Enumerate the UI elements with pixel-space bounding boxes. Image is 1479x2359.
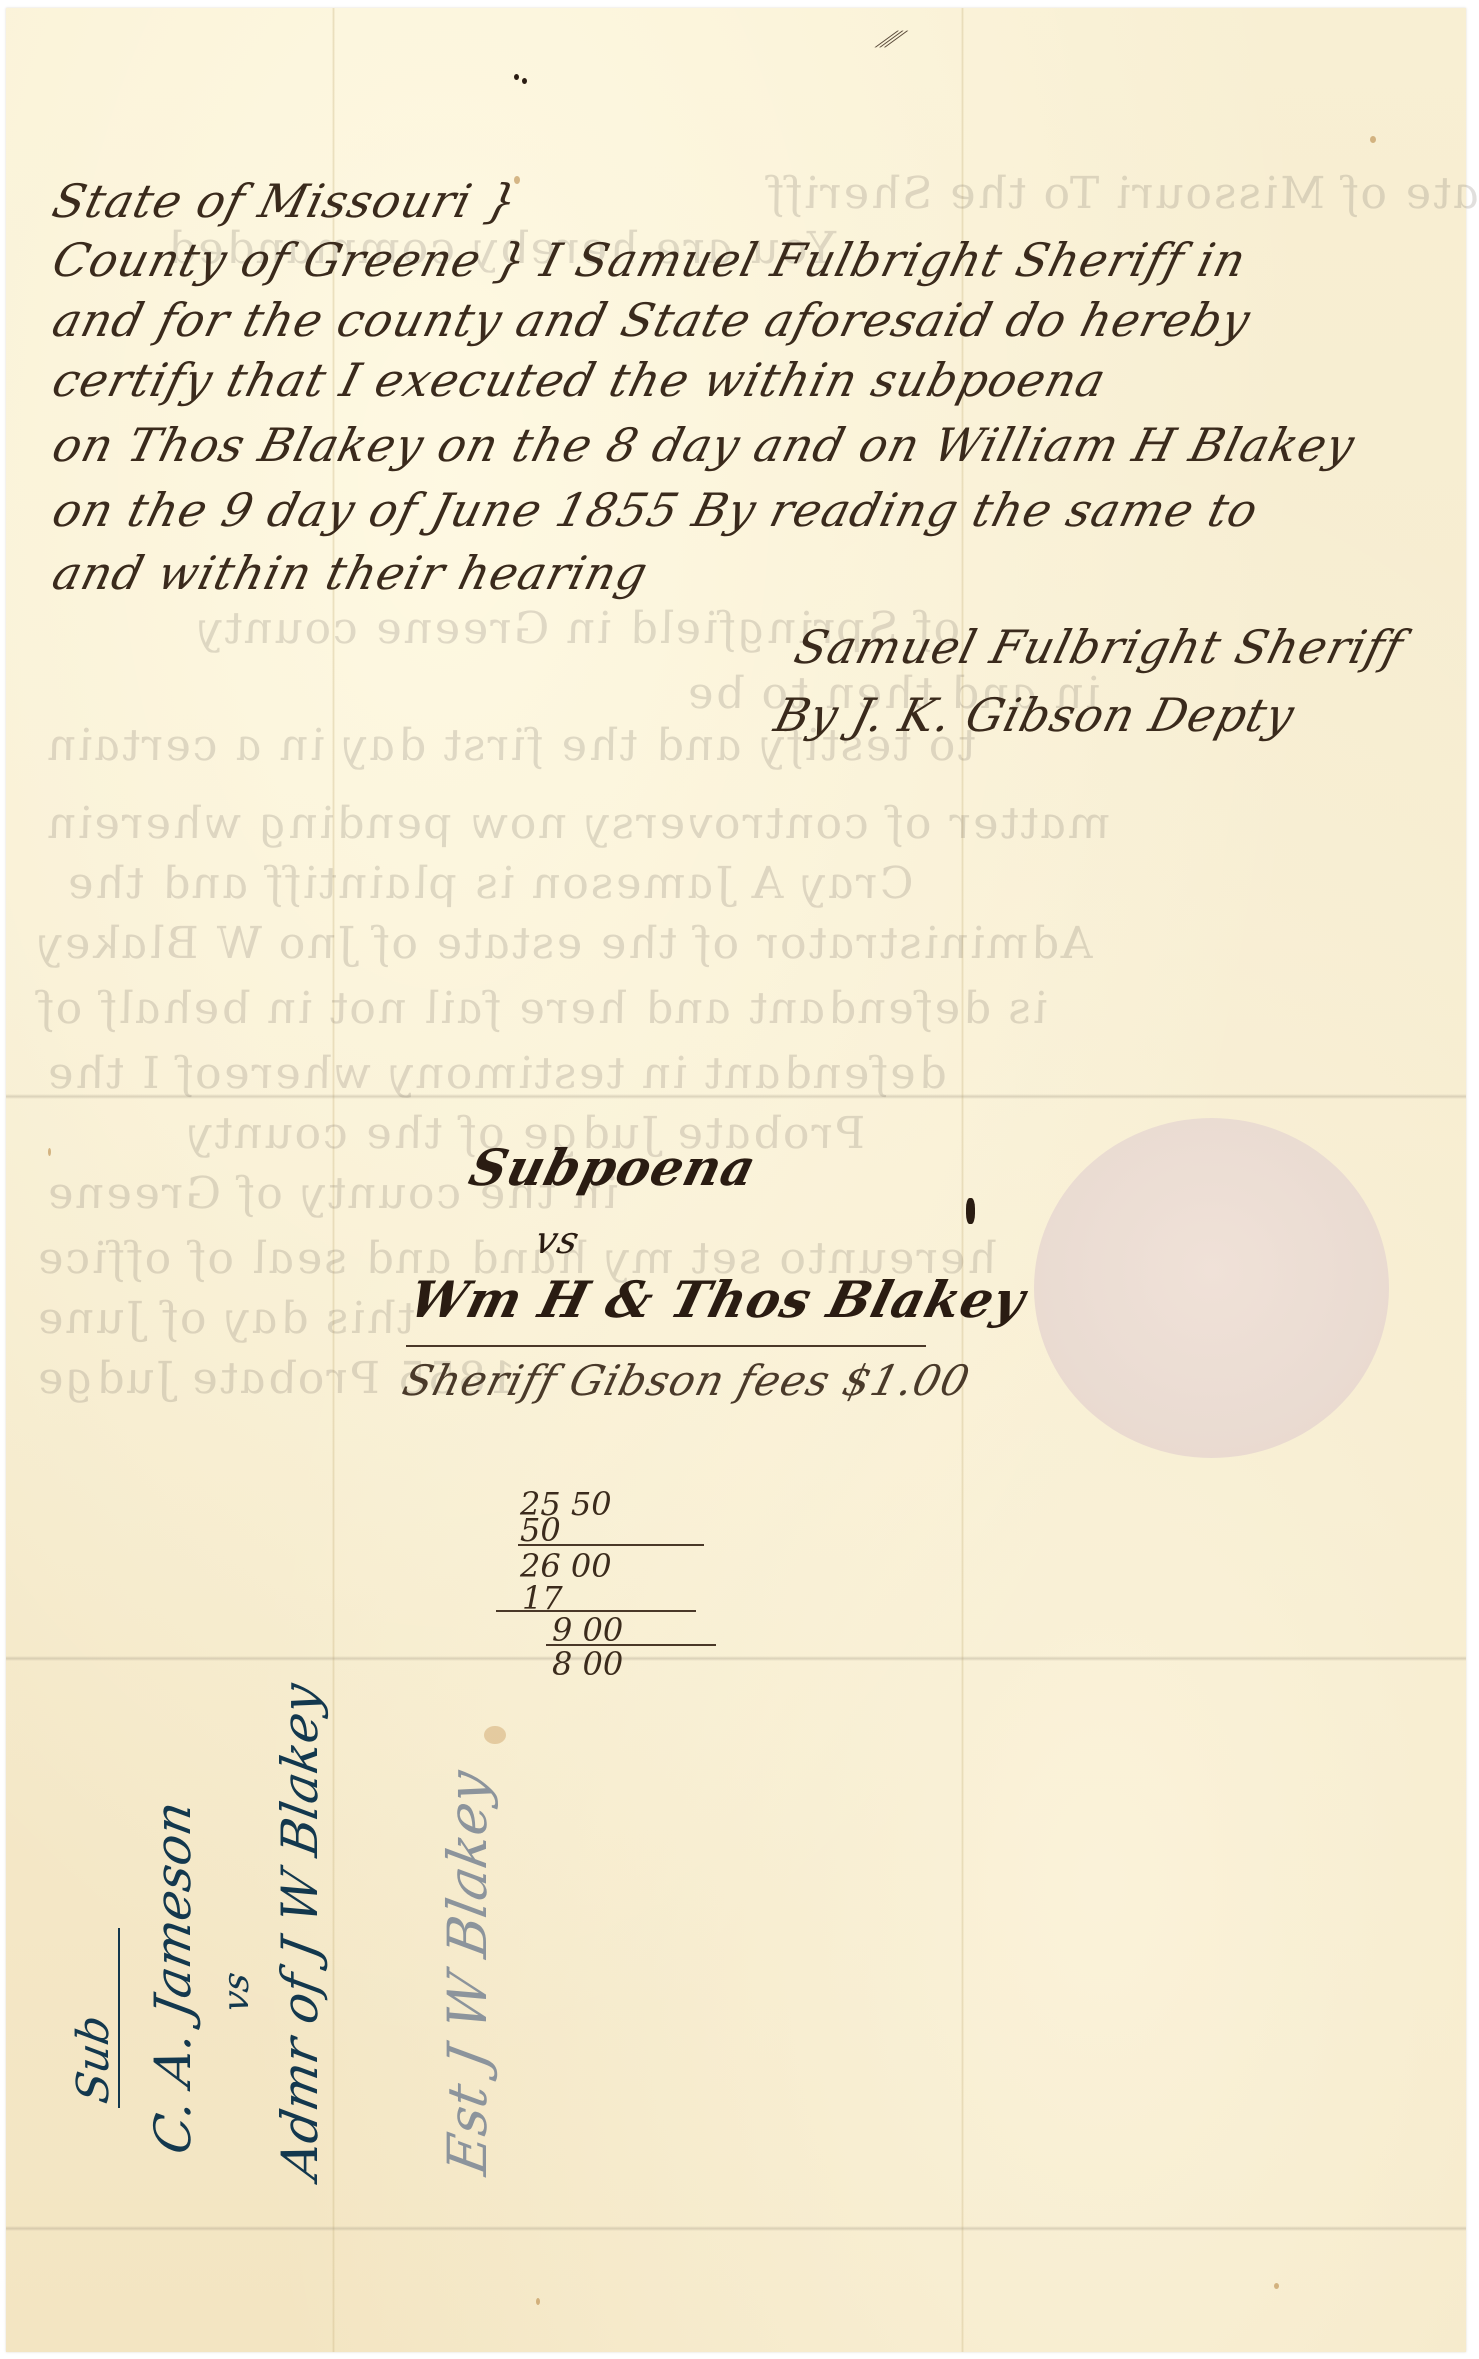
foxing-spot <box>514 176 520 184</box>
foxing-spot <box>1274 2283 1279 2289</box>
ghost-line: matter of controversy now pending wherei… <box>41 798 1116 849</box>
docket-label: Sub <box>68 2011 119 2107</box>
return-line: on Thos Blakey on the 8 day and on Willi… <box>47 418 1360 472</box>
endorsement-underline <box>406 1345 926 1347</box>
fold-line-horizontal-2 <box>6 1656 1466 1661</box>
calc-row: 50 <box>520 1514 561 1546</box>
return-line: State of Missouri } <box>47 174 523 228</box>
docket-defendant: Admr of J W Blakey <box>271 1679 329 2183</box>
ghost-line: Cray A Jameson is plaintiff and the <box>61 858 919 909</box>
ink-dot <box>522 78 527 84</box>
endorsement-parties: Wm H & Thos Blakey <box>404 1270 1032 1329</box>
sheriff-fees: Sheriff Gibson fees $1.00 <box>398 1356 975 1405</box>
stain-spot <box>484 1726 506 1744</box>
return-line: certify that I executed the within subpo… <box>47 353 1111 407</box>
foxing-spot <box>536 2298 540 2305</box>
calc-row: 8 00 <box>552 1648 623 1680</box>
docket-plaintiff: C. A. Jameson <box>144 1797 202 2158</box>
foxing-spot <box>1370 136 1376 143</box>
docket-vs: vs <box>216 1969 257 2015</box>
return-line: and for the county and State aforesaid d… <box>47 293 1256 347</box>
calc-rule <box>518 1544 704 1546</box>
pencil-docket-note: Est J W Blakey <box>436 1766 499 2179</box>
ghost-line: Administrator of the estate of Jno W Bla… <box>31 918 1098 969</box>
ink-scratch: ⁄⁄⁄ <box>877 28 905 53</box>
fold-line-horizontal-3 <box>6 2226 1466 2231</box>
docket-label-underline <box>118 1928 120 2108</box>
ghost-line: State of Missouri To the Sheriff <box>761 168 1479 219</box>
endorsement-vs: vs <box>531 1218 585 1262</box>
wafer-seal <box>1034 1118 1389 1458</box>
calc-row: 9 00 <box>552 1614 623 1646</box>
endorsement-title: Subpoena <box>464 1138 763 1197</box>
return-line: and within their hearing <box>47 546 653 600</box>
return-line: on the 9 day of June 1855 By reading the… <box>47 483 1264 537</box>
ghost-line: is defendant and here fail not in behalf… <box>31 983 1053 1034</box>
deputy-signature: By J. K. Gibson Depty <box>769 688 1300 742</box>
return-line: County of Greene } I Samuel Fulbright Sh… <box>47 233 1252 287</box>
sheriff-signature: Samuel Fulbright Sheriff <box>789 620 1409 674</box>
ink-dot <box>514 74 519 80</box>
ghost-line: defendant in testimony whereof I the <box>41 1048 952 1099</box>
fold-line-horizontal-1 <box>6 1094 1466 1099</box>
ghost-line: this day of June <box>31 1293 421 1344</box>
calc-row: 26 00 <box>520 1550 612 1582</box>
foxing-spot <box>48 1148 51 1156</box>
ink-blot <box>966 1198 975 1224</box>
document-page: State of Missouri To the Sheriff You are… <box>6 8 1466 2352</box>
